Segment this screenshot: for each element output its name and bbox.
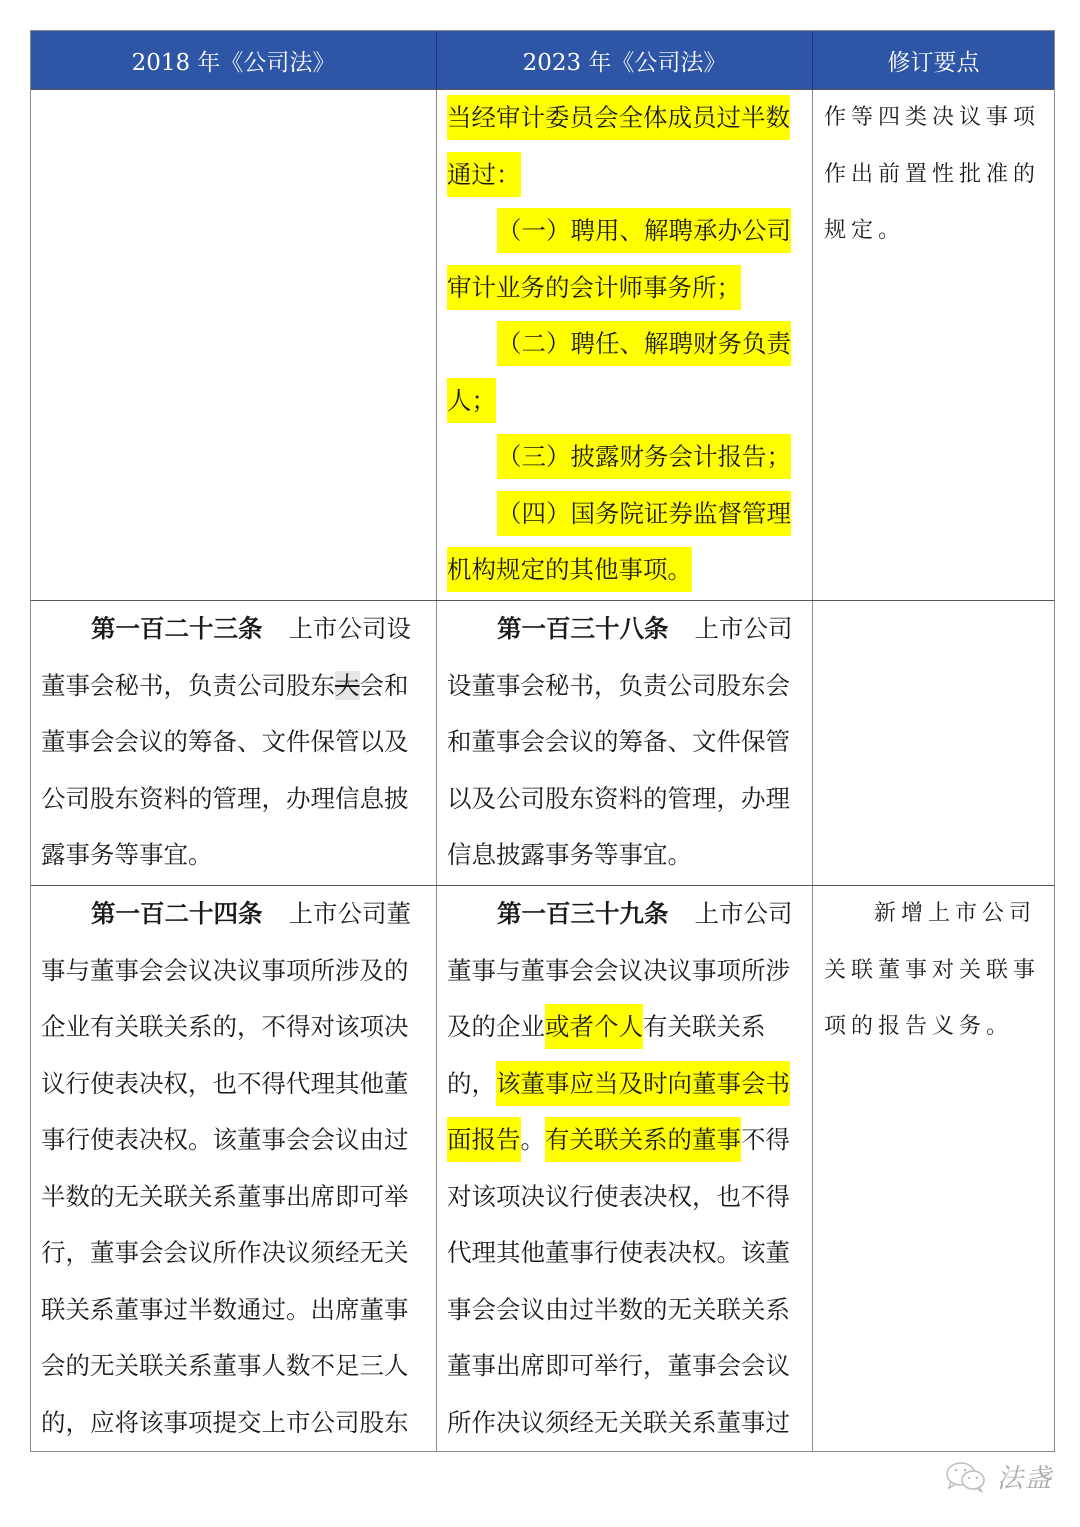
watermark: 法盏 <box>945 1458 1053 1495</box>
deleted-text: 大 <box>335 671 360 700</box>
note-line: 项的报告义务。 <box>824 999 1048 1056</box>
highlighted-text: （一）聘用、解聘承办公司 <box>497 208 791 253</box>
text: 上市公司 <box>695 614 793 643</box>
note-line: 关联董事对关联事 <box>824 943 1048 1000</box>
highlighted-text: （二）聘任、解聘财务负责 <box>497 321 791 366</box>
article-number: 第一百二十三条 <box>91 614 263 643</box>
table-header: 2018 年《公司法》 2023 年《公司法》 修订要点 <box>31 31 1054 90</box>
text-line: 对该项决议行使表决权，也不得 <box>447 1169 802 1226</box>
text: 的， <box>447 1069 496 1098</box>
text-line: 董事会会议的筹备、文件保管以及 <box>41 714 426 771</box>
text: 及的企业 <box>447 1012 545 1041</box>
text: 不得 <box>741 1125 790 1154</box>
text: 上市公司设 <box>289 614 412 643</box>
highlighted-text: 面报告 <box>447 1117 521 1162</box>
cell-2018: 第一百二十三条上市公司设 董事会秘书，负责公司股东大会和 董事会会议的筹备、文件… <box>31 601 437 885</box>
text-line: 行，董事会会议所作决议须经无关 <box>41 1225 426 1282</box>
watermark-text: 法盏 <box>997 1458 1053 1495</box>
cell-notes <box>813 601 1054 885</box>
highlighted-text: 有关联关系的董事 <box>545 1117 741 1162</box>
cell-2018 <box>31 90 437 600</box>
cell-2018: 第一百二十四条上市公司董 事与董事会会议决议事项所涉及的 企业有关联关系的，不得… <box>31 886 437 1451</box>
text-line: 露事务等事宜。 <box>41 827 426 884</box>
header-revision-points: 修订要点 <box>813 31 1054 89</box>
cell-2023: 第一百三十八条上市公司 设董事会秘书，负责公司股东会 和董事会会议的筹备、文件保… <box>437 601 813 885</box>
text-line: 设董事会秘书，负责公司股东会 <box>447 658 802 715</box>
highlighted-text: 或者个人 <box>545 1004 643 1049</box>
note-line: 作出前置性批准的 <box>824 147 1048 204</box>
highlighted-text: 人； <box>447 378 496 423</box>
text-line: 事与董事会会议决议事项所涉及的 <box>41 943 426 1000</box>
text: 会和 <box>360 671 409 700</box>
text: 董事会秘书，负责公司股东 <box>41 671 335 700</box>
text: 有关联关系 <box>643 1012 766 1041</box>
law-comparison-table: 2018 年《公司法》 2023 年《公司法》 修订要点 当经审计委员会全体成员… <box>30 30 1055 1452</box>
highlighted-text: （三）披露财务会计报告； <box>497 434 791 479</box>
table-row: 第一百二十三条上市公司设 董事会秘书，负责公司股东大会和 董事会会议的筹备、文件… <box>31 601 1054 886</box>
cell-notes: 作等四类决议事项 作出前置性批准的 规定。 <box>813 90 1054 600</box>
note-line: 作等四类决议事项 <box>824 90 1048 147</box>
highlighted-text: （四）国务院证券监督管理 <box>497 491 791 536</box>
text-line: 公司股东资料的管理，办理信息披 <box>41 771 426 828</box>
text: 。 <box>521 1125 546 1154</box>
text-line: 事会会议由过半数的无关联关系 <box>447 1282 802 1339</box>
highlighted-text: 该董事应当及时向董事会书 <box>496 1061 790 1106</box>
cell-2023: 第一百三十九条上市公司 董事与董事会会议决议事项所涉 及的企业或者个人有关联关系… <box>437 886 813 1451</box>
table-row: 第一百二十四条上市公司董 事与董事会会议决议事项所涉及的 企业有关联关系的，不得… <box>31 886 1054 1451</box>
text-line: 董事出席即可举行，董事会会议 <box>447 1338 802 1395</box>
article-number: 第一百三十九条 <box>497 899 669 928</box>
text-line: 的，应将该事项提交上市公司股东 <box>41 1395 426 1452</box>
text: 上市公司董 <box>289 899 412 928</box>
note-line: 新增上市公司 <box>824 886 1048 943</box>
highlighted-text: 机构规定的其他事项。 <box>447 547 692 592</box>
text-line: 所作决议须经无关联关系董事过 <box>447 1395 802 1452</box>
text-line: 信息披露事务等事宜。 <box>447 827 802 884</box>
text-line: 事行使表决权。该董事会会议由过 <box>41 1112 426 1169</box>
highlighted-text: 当经审计委员会全体成员过半数 <box>447 95 790 140</box>
text-line: 联关系董事过半数通过。出席董事 <box>41 1282 426 1339</box>
cell-2023: 当经审计委员会全体成员过半数 通过： （一）聘用、解聘承办公司 审计业务的会计师… <box>437 90 813 600</box>
cell-notes: 新增上市公司 关联董事对关联事 项的报告义务。 <box>813 886 1054 1451</box>
table-row: 当经审计委员会全体成员过半数 通过： （一）聘用、解聘承办公司 审计业务的会计师… <box>31 90 1054 601</box>
text-line: 半数的无关联关系董事出席即可举 <box>41 1169 426 1226</box>
text-line: 董事与董事会会议决议事项所涉 <box>447 943 802 1000</box>
header-2018: 2018 年《公司法》 <box>31 31 437 89</box>
article-number: 第一百三十八条 <box>497 614 669 643</box>
text-line: 企业有关联关系的，不得对该项决 <box>41 999 426 1056</box>
article-number: 第一百二十四条 <box>91 899 263 928</box>
highlighted-text: 审计业务的会计师事务所； <box>447 265 741 310</box>
text-line: 和董事会会议的筹备、文件保管 <box>447 714 802 771</box>
header-2023: 2023 年《公司法》 <box>437 31 813 89</box>
text: 上市公司 <box>695 899 793 928</box>
note-line: 规定。 <box>824 203 1048 260</box>
text-line: 代理其他董事行使表决权。该董 <box>447 1225 802 1282</box>
wechat-icon <box>945 1461 989 1493</box>
text-line: 以及公司股东资料的管理，办理 <box>447 771 802 828</box>
highlighted-text: 通过： <box>447 152 521 197</box>
text-line: 会的无关联关系董事人数不足三人 <box>41 1338 426 1395</box>
text-line: 议行使表决权，也不得代理其他董 <box>41 1056 426 1113</box>
